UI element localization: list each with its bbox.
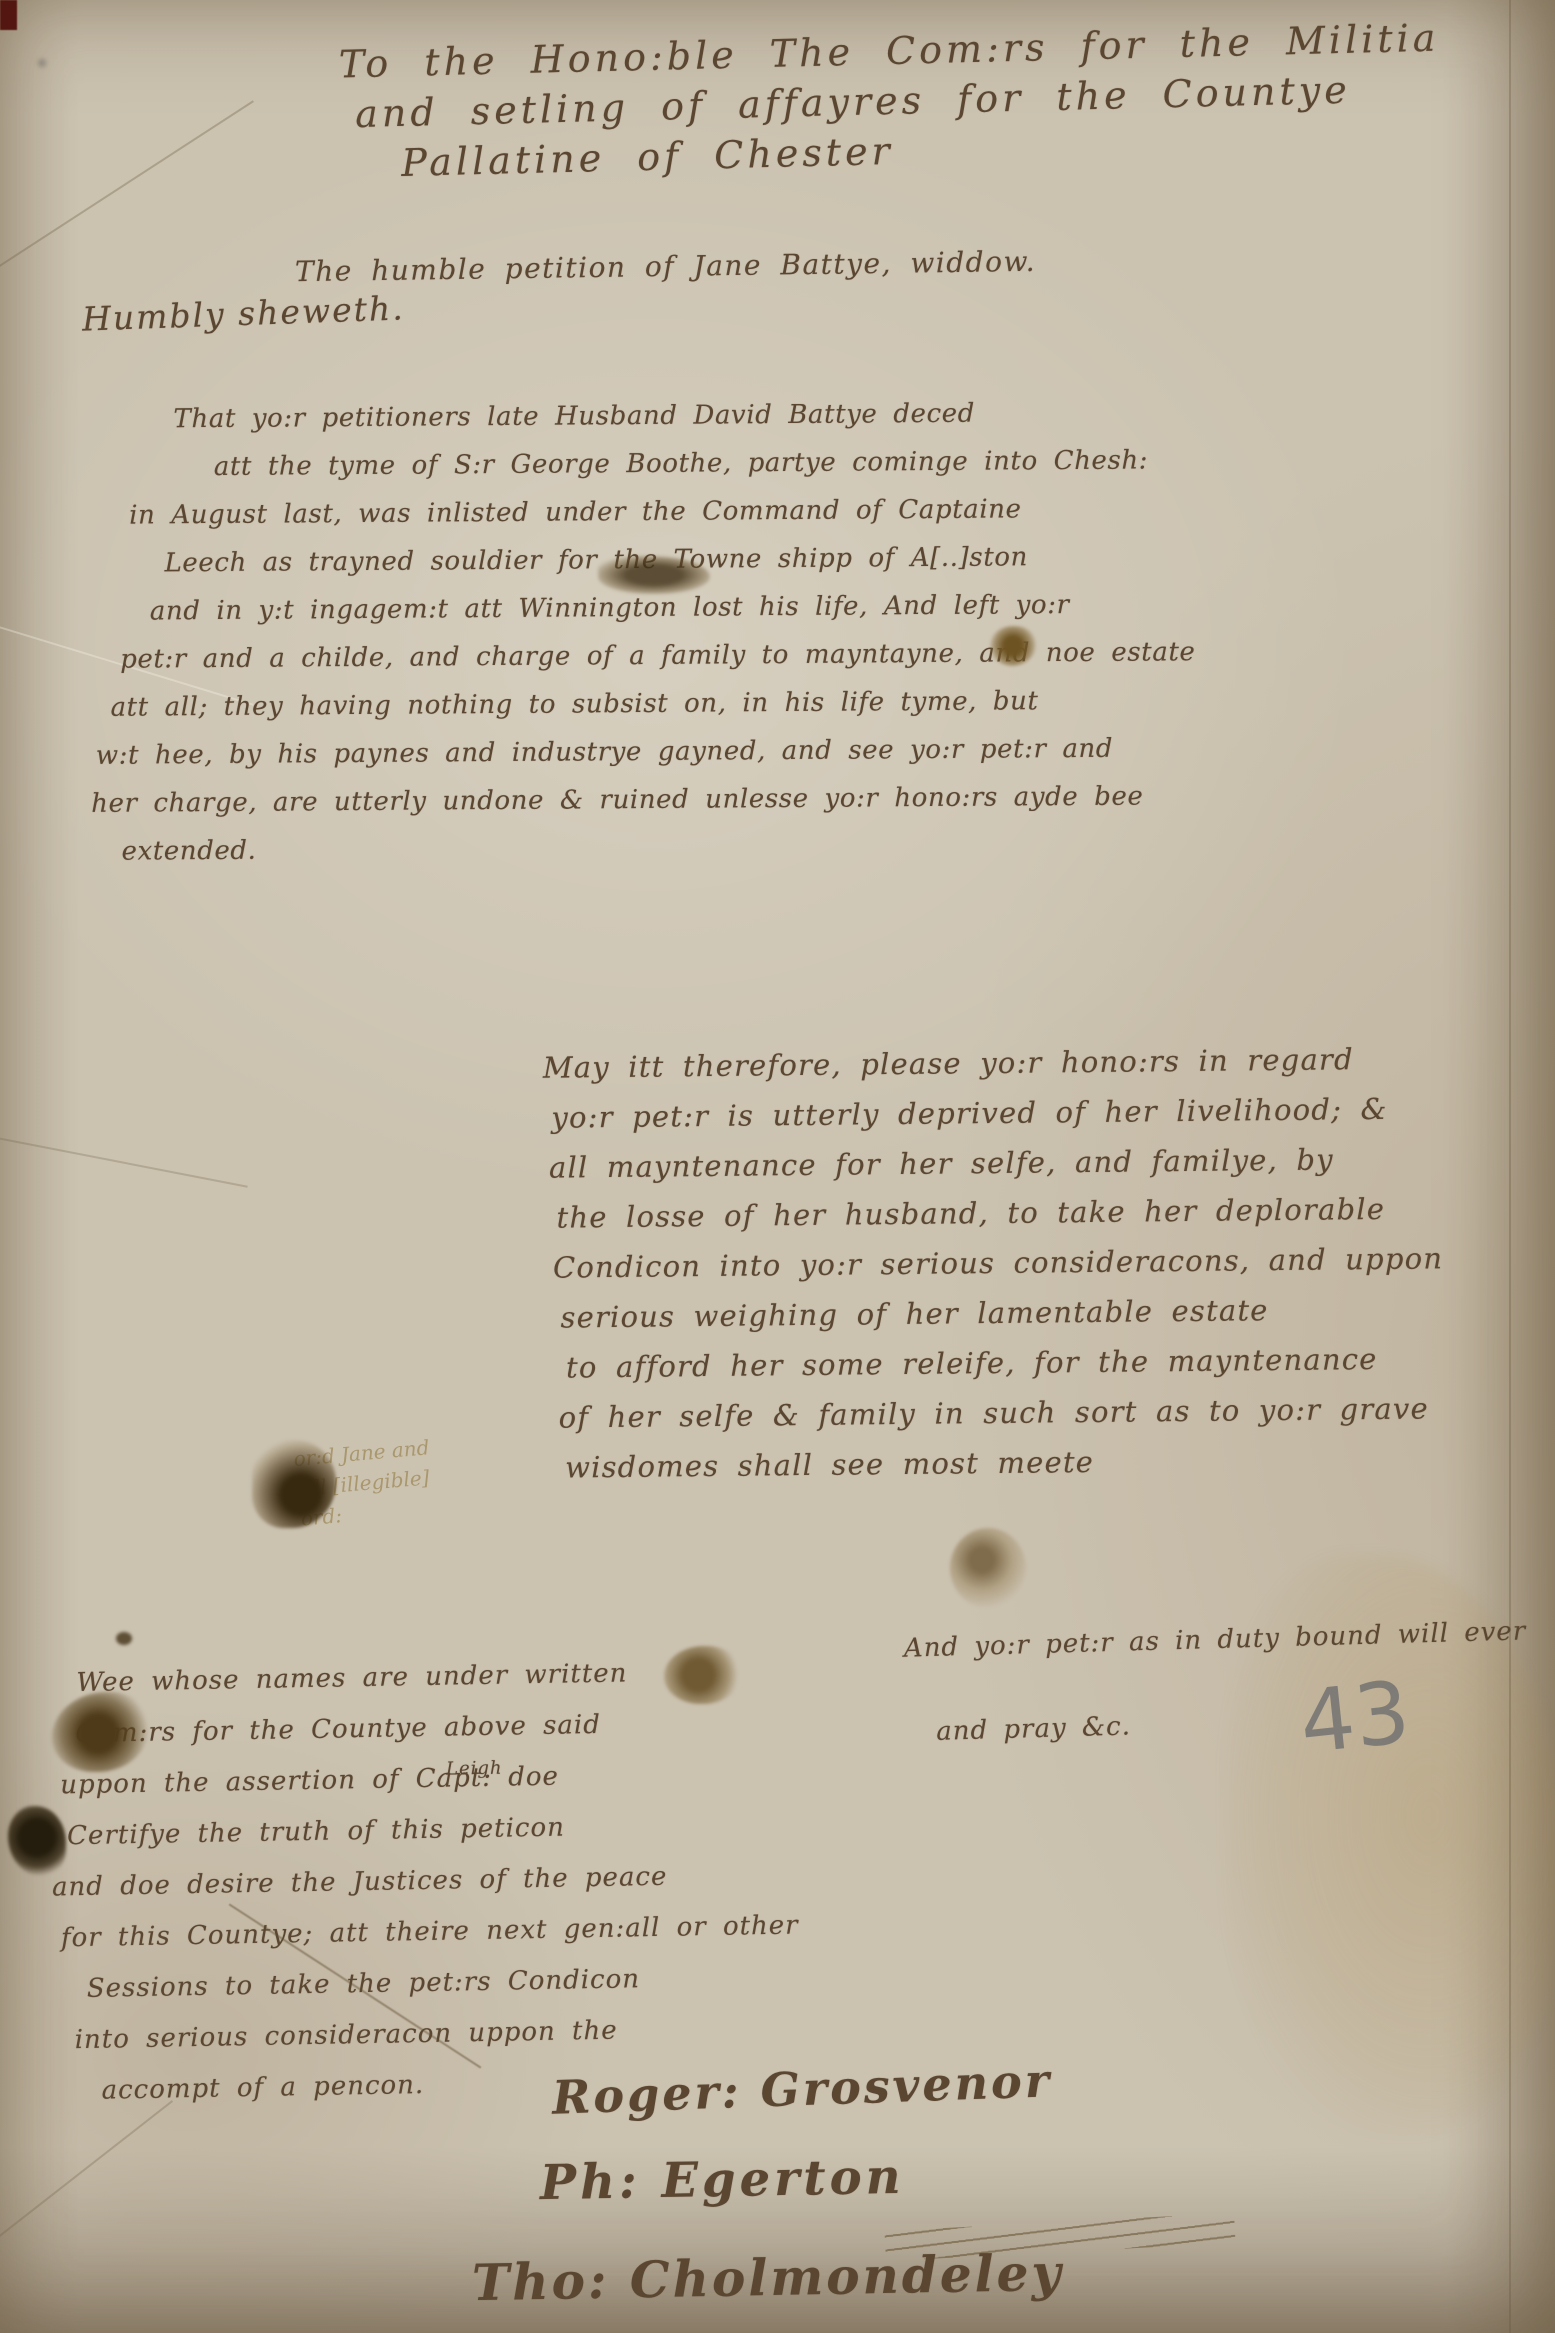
heading-block: To the Hono:ble The Com:rs for the Milit…: [338, 13, 1442, 190]
plea-line: Condicon into yo:r serious consideracons…: [553, 1233, 1444, 1292]
prayer-line: and pray &c.: [935, 1673, 1530, 1774]
body-line: att all; they having nothing to subsist …: [110, 676, 1196, 732]
salutation: Humbly sheweth.: [81, 288, 405, 338]
corner-mark: [0, 0, 17, 30]
body-line: w:t hee, by his paynes and industrye gay…: [96, 724, 1197, 780]
signature-egerton: Ph: Egerton: [540, 2149, 905, 2211]
body-line: That yo:r petitioners late Husband David…: [173, 388, 1194, 443]
plea-line: to afford her some releife, for the mayn…: [566, 1333, 1445, 1392]
petition-title: The humble petition of Jane Battye, widd…: [295, 245, 1036, 288]
body-line: att the tyme of S:r George Boothe, party…: [214, 436, 1195, 491]
ink-blot: [664, 1646, 740, 1704]
prayer-clause: And yo:r pet:r as in duty bound will eve…: [903, 1589, 1530, 1774]
body-line: in August last, was inlisted under the C…: [129, 484, 1195, 539]
ink-blot: [8, 1806, 66, 1876]
plea-line: wisdomes shall see most meete: [565, 1433, 1446, 1492]
certificate-paragraph: Wee whose names are under written Com:rs…: [46, 1646, 802, 2118]
plea-line: of her selfe & family in such sort as to…: [558, 1383, 1445, 1442]
plea-line: serious weighing of her lamentable estat…: [560, 1283, 1444, 1342]
manuscript-page: To the Hono:ble The Com:rs for the Milit…: [0, 0, 1555, 2333]
plea-paragraph: May itt therefore, please yo:r hono:rs i…: [543, 1033, 1446, 1492]
pencil-smudge: [36, 56, 48, 70]
body-line: her charge, are utterly undone & ruined …: [91, 772, 1197, 828]
paper-crease: [0, 100, 254, 281]
ink-blot-struck-word: [598, 556, 710, 594]
plea-line: the losse of her husband, to take her de…: [556, 1183, 1443, 1242]
ink-speck: [116, 1632, 132, 1645]
interlinear-insertion: Leigh: [446, 1743, 503, 1795]
paper-crease: [0, 1134, 248, 1187]
signature-cholmondeley: Tho: Cholmondeley: [472, 2243, 1064, 2312]
archive-number: 43: [1295, 1663, 1414, 1774]
ink-stain: [950, 1528, 1026, 1608]
paper-crease: [0, 2100, 173, 2262]
body-line: extended.: [121, 820, 1197, 876]
